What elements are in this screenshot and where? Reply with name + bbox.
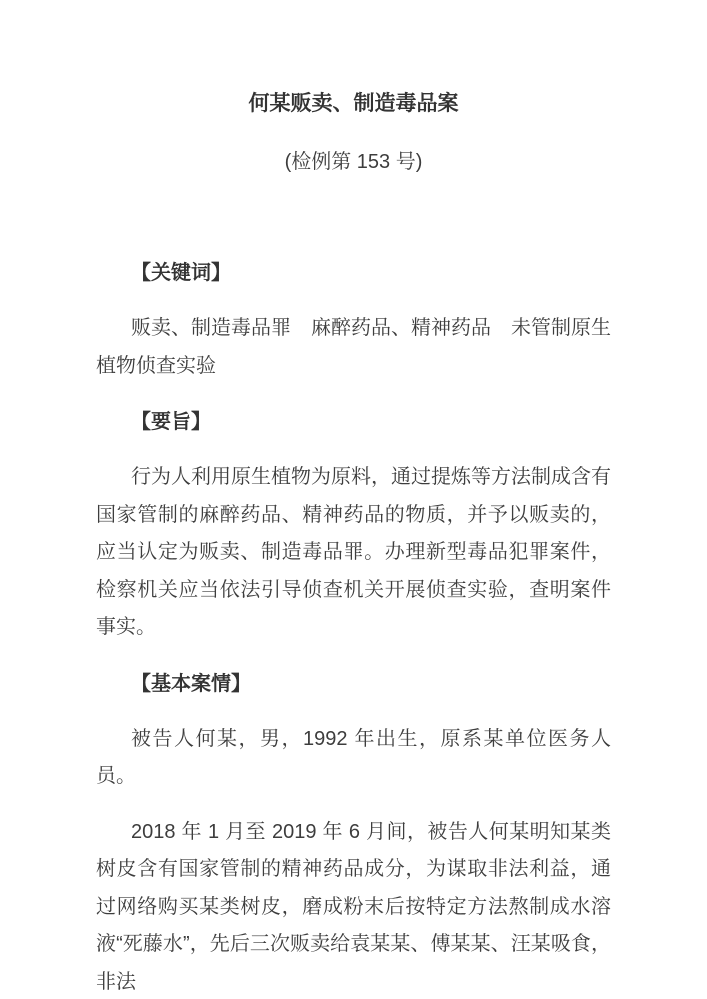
case-number: (检例第 153 号) [96, 143, 611, 181]
paragraph-case-facts: 2018 年 1 月至 2019 年 6 月间，被告人何某明知某类树皮含有国家管… [96, 814, 611, 999]
paragraph-gist: 行为人利用原生植物为原料，通过提炼等方法制成含有国家管制的麻醉药品、精神药品的物… [96, 459, 611, 647]
section-heading-basic-facts: 【基本案情】 [96, 665, 611, 703]
document-page: 何某贩卖、制造毒品案 (检例第 153 号) 【关键词】 贩卖、制造毒品罪 麻醉… [0, 0, 707, 999]
page-title: 何某贩卖、制造毒品案 [96, 85, 611, 123]
paragraph-keywords: 贩卖、制造毒品罪 麻醉药品、精神药品 未管制原生植物侦查实验 [96, 310, 611, 385]
section-heading-gist: 【要旨】 [96, 403, 611, 441]
paragraph-defendant-info: 被告人何某，男，1992 年出生，原系某单位医务人员。 [96, 721, 611, 796]
section-heading-keywords: 【关键词】 [96, 254, 611, 292]
